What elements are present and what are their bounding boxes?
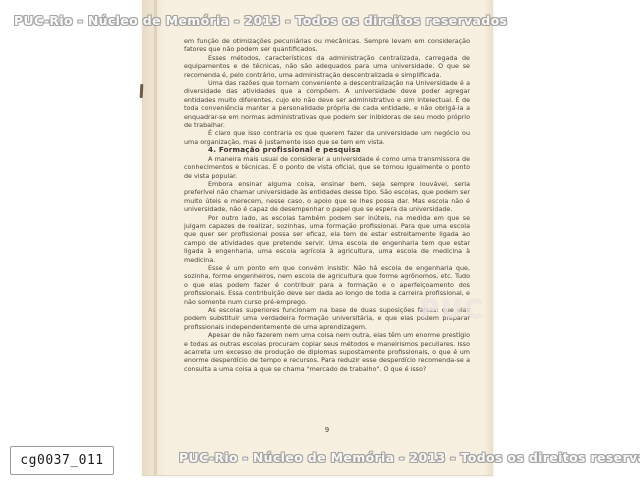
paragraph: Esses métodos, característicos da admini… [184,54,470,79]
paragraph: Embora ensinar alguma coisa, ensinar bem… [184,180,470,214]
page-number: 9 [184,426,470,434]
image-id-text: cg0037_011 [20,453,103,468]
paragraph: Esse é um ponto em que convém insistir. … [184,264,470,306]
document-text: em função de otimizações pecuniárias ou … [184,37,470,373]
paragraph: As escolas superiores funcionam na base … [184,306,470,331]
page-spine-crease [154,0,157,475]
paragraph: em função de otimizações pecuniárias ou … [184,37,470,54]
archive-scan-viewer: em função de otimizações pecuniárias ou … [0,0,640,480]
staple-mark [140,84,144,98]
paragraph: Por outro lado, as escolas também podem … [184,214,470,264]
paragraph: É claro que isso contraria os que querem… [184,129,470,146]
archive-watermark-top: PUC-Rio - Núcleo de Memória - 2013 - Tod… [14,13,507,28]
image-id-label: cg0037_011 [10,446,114,475]
paragraph: Apesar de não fazerem nem uma coisa nem … [184,331,470,373]
section-heading: 4. Formação profissional e pesquisa [184,146,470,154]
paragraph: A maneira mais usual de considerar a uni… [184,155,470,180]
scanned-page: em função de otimizações pecuniárias ou … [142,0,493,476]
paragraph: Uma das razões que tornam conveniente a … [184,79,470,129]
archive-watermark-bottom: PUC-Rio - Núcleo de Memória - 2013 - Tod… [179,450,640,465]
